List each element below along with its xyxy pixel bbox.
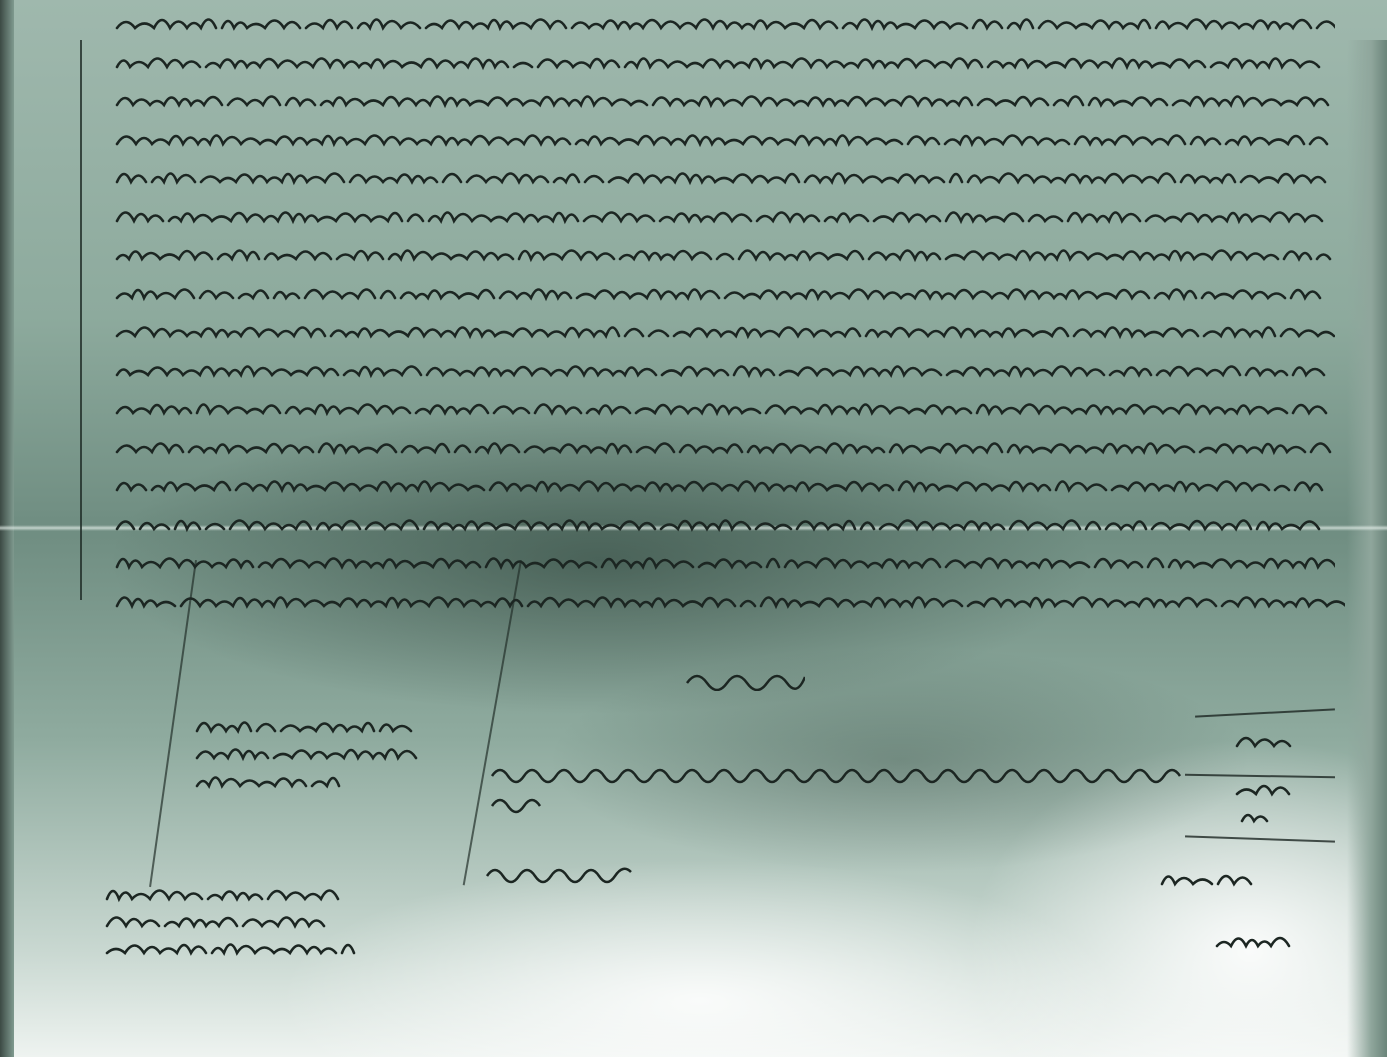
annotation-line <box>105 883 345 909</box>
annotation-line <box>195 770 345 796</box>
annotation-line <box>195 742 420 768</box>
annotation-line <box>105 937 365 963</box>
manuscript-line <box>115 12 1335 38</box>
figure-entry <box>1215 930 1305 956</box>
manuscript-line <box>115 474 1335 500</box>
center-note-line-1 <box>490 760 1190 786</box>
manuscript-line <box>115 590 1345 616</box>
manuscript-line <box>115 282 1335 308</box>
figures-rule-1 <box>1195 708 1335 717</box>
margin-rule <box>80 40 82 600</box>
figure-entry <box>1235 778 1295 804</box>
manuscript-line <box>115 166 1335 192</box>
manuscript-line <box>115 51 1335 77</box>
manuscript-line <box>115 243 1335 269</box>
center-note-2 <box>485 860 635 886</box>
figure-entry <box>1160 868 1270 894</box>
manuscript-line <box>115 128 1335 154</box>
annotation-line <box>105 910 335 936</box>
manuscript-line <box>115 513 1335 539</box>
figure-entry <box>1235 730 1305 756</box>
center-note-line-2 <box>490 790 550 816</box>
figures-rule-3 <box>1185 835 1335 842</box>
right-edge-shadow <box>1347 40 1387 1057</box>
date-mark <box>685 665 805 691</box>
annotation-line <box>195 715 425 741</box>
manuscript-line <box>115 436 1335 462</box>
manuscript-line <box>115 320 1335 346</box>
manuscript-page: Main body text, 16 handwritten lines spa… <box>0 0 1387 1057</box>
manuscript-line <box>115 359 1335 385</box>
manuscript-line <box>115 551 1335 577</box>
manuscript-line <box>115 205 1335 231</box>
figure-entry <box>1240 805 1280 831</box>
manuscript-line <box>115 89 1335 115</box>
manuscript-line <box>115 397 1335 423</box>
